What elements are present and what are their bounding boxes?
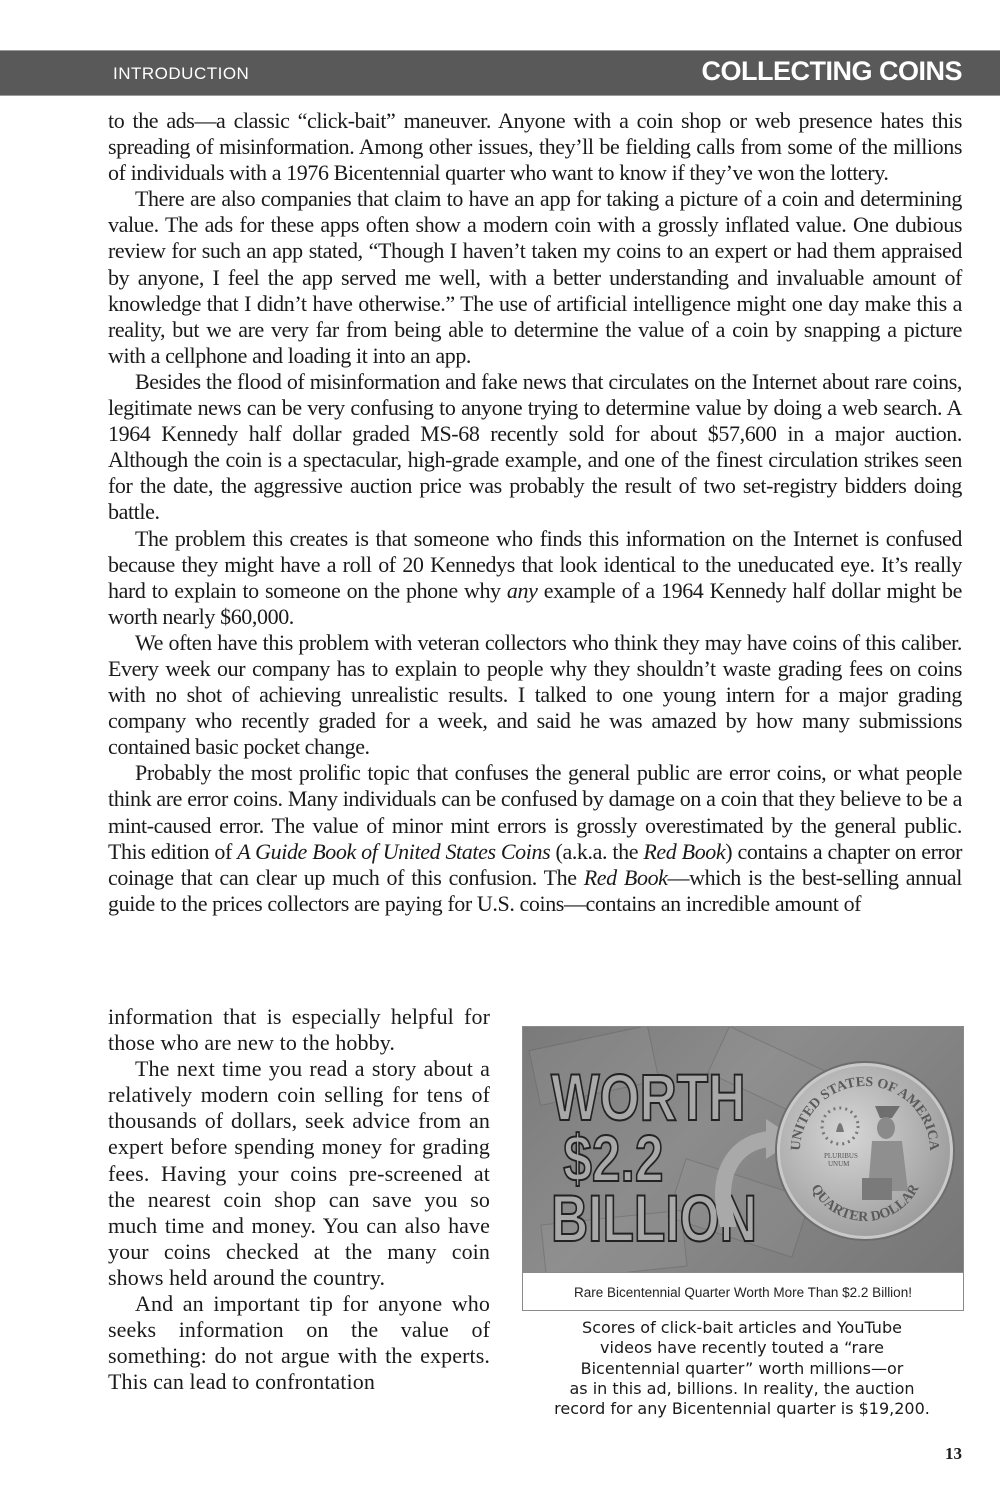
section-label: INTRODUCTION xyxy=(113,64,249,84)
figure-caption: Scores of click-bait articles and YouTub… xyxy=(518,1318,966,1419)
svg-text:PLURIBUS: PLURIBUS xyxy=(824,1152,858,1160)
running-header: INTRODUCTION COLLECTING COINS xyxy=(0,50,1000,96)
paragraph: And an important tip for anyone who seek… xyxy=(108,1291,490,1395)
caption-line: Bicentennial quarter” worth millions—or xyxy=(518,1359,966,1379)
main-body-text: to the ads—a classic “click-bait” maneuv… xyxy=(108,108,962,917)
caption-line: record for any Bicentennial quarter is $… xyxy=(518,1399,966,1419)
caption-line: videos have recently touted a “rare xyxy=(518,1338,966,1358)
text-run: (a.k.a. the xyxy=(550,839,643,864)
book-title: Red Book xyxy=(584,865,668,890)
chapter-title: COLLECTING COINS xyxy=(702,56,963,87)
paragraph: The problem this creates is that someone… xyxy=(108,526,962,630)
coin-face-icon: UNITED STATES OF AMERICA QUARTER DOLLAR … xyxy=(780,1066,950,1236)
caption-line: as in this ad, billions. In reality, the… xyxy=(518,1379,966,1399)
ad-figure: WORTH $2.2 BILLION UNITED STATES OF AMER… xyxy=(522,1026,964,1311)
svg-text:UNITED STATES OF AMERICA: UNITED STATES OF AMERICA xyxy=(789,1075,941,1152)
paragraph: Besides the flood of misinformation and … xyxy=(108,369,962,526)
page-number: 13 xyxy=(945,1444,962,1464)
wrapped-body-text: information that is especially helpful f… xyxy=(108,1004,490,1395)
paragraph: The next time you read a story about a r… xyxy=(108,1056,490,1291)
paragraph: to the ads—a classic “click-bait” maneuv… xyxy=(108,108,962,186)
paragraph: There are also companies that claim to h… xyxy=(108,186,962,369)
bicentennial-quarter-coin: UNITED STATES OF AMERICA QUARTER DOLLAR … xyxy=(777,1063,953,1239)
headline-line: WORTH xyxy=(551,1067,676,1128)
headline-line: BILLION xyxy=(551,1188,676,1249)
book-title: Red Book xyxy=(643,839,725,864)
paragraph: We often have this problem with veteran … xyxy=(108,630,962,760)
book-title: A Guide Book of United States Coins xyxy=(237,839,550,864)
paragraph: Probably the most prolific topic that co… xyxy=(108,760,962,917)
ad-image: WORTH $2.2 BILLION UNITED STATES OF AMER… xyxy=(523,1027,963,1272)
emphasis: any xyxy=(507,578,538,603)
svg-text:UNUM: UNUM xyxy=(828,1160,850,1168)
caption-line: Scores of click-bait articles and YouTub… xyxy=(518,1318,966,1338)
paragraph: information that is especially helpful f… xyxy=(108,1004,490,1056)
ad-headline: WORTH $2.2 BILLION xyxy=(551,1067,676,1249)
ad-caption: Rare Bicentennial Quarter Worth More Tha… xyxy=(523,1272,963,1311)
headline-line: $2.2 xyxy=(551,1128,676,1189)
